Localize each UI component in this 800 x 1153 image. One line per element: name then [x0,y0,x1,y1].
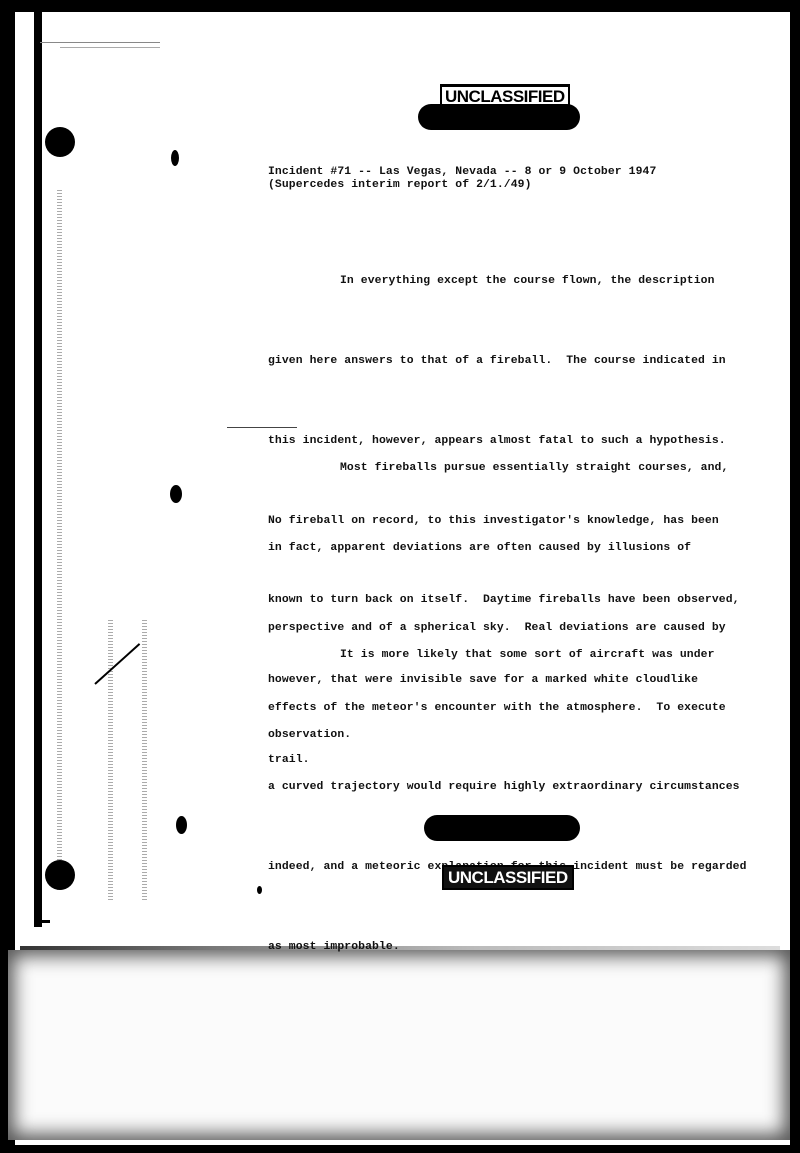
scan-noise-strip [57,190,62,890]
punch-hole [45,860,75,890]
incident-title: Incident #71 -- Las Vegas, Nevada -- 8 o… [268,166,768,179]
paragraph-line: Most fireballs pursue essentially straig… [268,455,747,482]
scan-noise-strip [142,620,147,900]
paragraph-line: given here answers to that of a fireball… [268,348,740,375]
scan-noise-strip [108,620,113,900]
binding-rule [34,12,42,927]
paragraph-line: In everything except the course flown, t… [268,268,740,295]
binding-rule-tick [34,920,50,923]
paragraph-3: It is more likely that some sort of airc… [268,589,715,802]
ink-blot [176,816,187,834]
ink-blot [257,886,262,894]
scan-artifact-line [60,47,160,48]
paragraph-line: It is more likely that some sort of airc… [268,642,715,669]
redaction-bar-bottom [424,815,580,841]
scan-artifact-line [40,42,160,43]
incident-subtitle: (Supercedes interim report of 2/1./49) [268,179,768,192]
document-body: Incident #71 -- Las Vegas, Nevada -- 8 o… [268,166,768,192]
redaction-bar-top [418,104,580,130]
paragraph-line: as most improbable. [268,934,747,961]
paragraph-line: in fact, apparent deviations are often c… [268,535,747,562]
ink-blot [170,485,182,503]
ink-blot [171,150,179,166]
classification-stamp-bottom: UNCLASSIFIED [442,865,574,890]
paragraph-line: observation. [268,722,715,749]
punch-hole [45,127,75,157]
